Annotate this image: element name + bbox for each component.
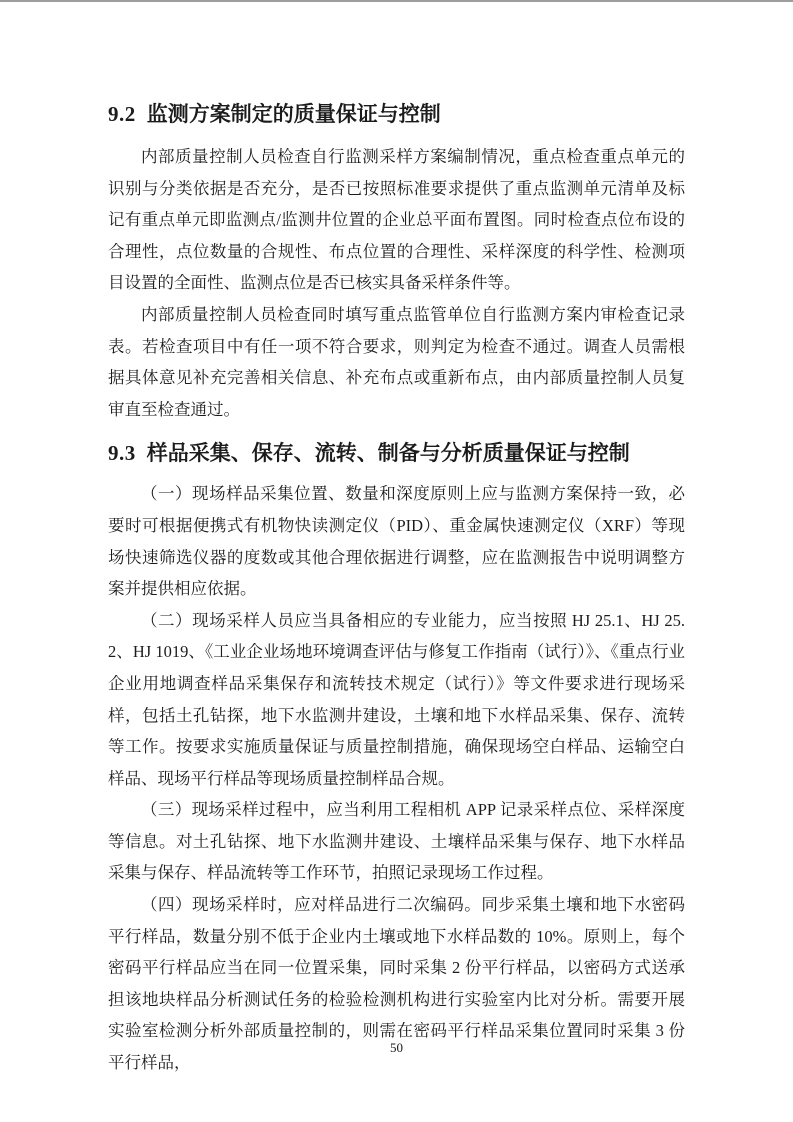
paragraph: 内部质量控制人员检查同时填写重点监管单位自行监测方案内审检查记录表。若检查项目中… [108, 299, 685, 425]
section-title: 监测方案制定的质量保证与控制 [147, 102, 441, 126]
paragraph: （三）现场采样过程中，应当利用工程相机 APP 记录采样点位、采样深度等信息。对… [108, 794, 685, 889]
section-number: 9.3 [108, 441, 136, 465]
section-number: 9.2 [108, 102, 136, 126]
section-9-3: 9.3样品采集、保存、流转、制备与分析质量保证与控制 （一）现场样品采集位置、数… [108, 439, 685, 1078]
section-heading-9-2: 9.2监测方案制定的质量保证与控制 [108, 100, 685, 128]
section-title: 样品采集、保存、流转、制备与分析质量保证与控制 [147, 441, 630, 465]
document-page: 9.2监测方案制定的质量保证与控制 内部质量控制人员检查自行监测采样方案编制情况… [0, 0, 793, 1122]
page-number: 50 [0, 1040, 793, 1056]
paragraph: 内部质量控制人员检查自行监测采样方案编制情况，重点检查重点单元的识别与分类依据是… [108, 141, 685, 299]
paragraph: （一）现场样品采集位置、数量和深度原则上应与监测方案保持一致，必要时可根据便携式… [108, 478, 685, 604]
section-9-2: 9.2监测方案制定的质量保证与控制 内部质量控制人员检查自行监测采样方案编制情况… [108, 100, 685, 425]
paragraph: （二）现场采样人员应当具备相应的专业能力，应当按照 HJ 25.1、HJ 25.… [108, 605, 685, 795]
section-heading-9-3: 9.3样品采集、保存、流转、制备与分析质量保证与控制 [108, 439, 685, 467]
